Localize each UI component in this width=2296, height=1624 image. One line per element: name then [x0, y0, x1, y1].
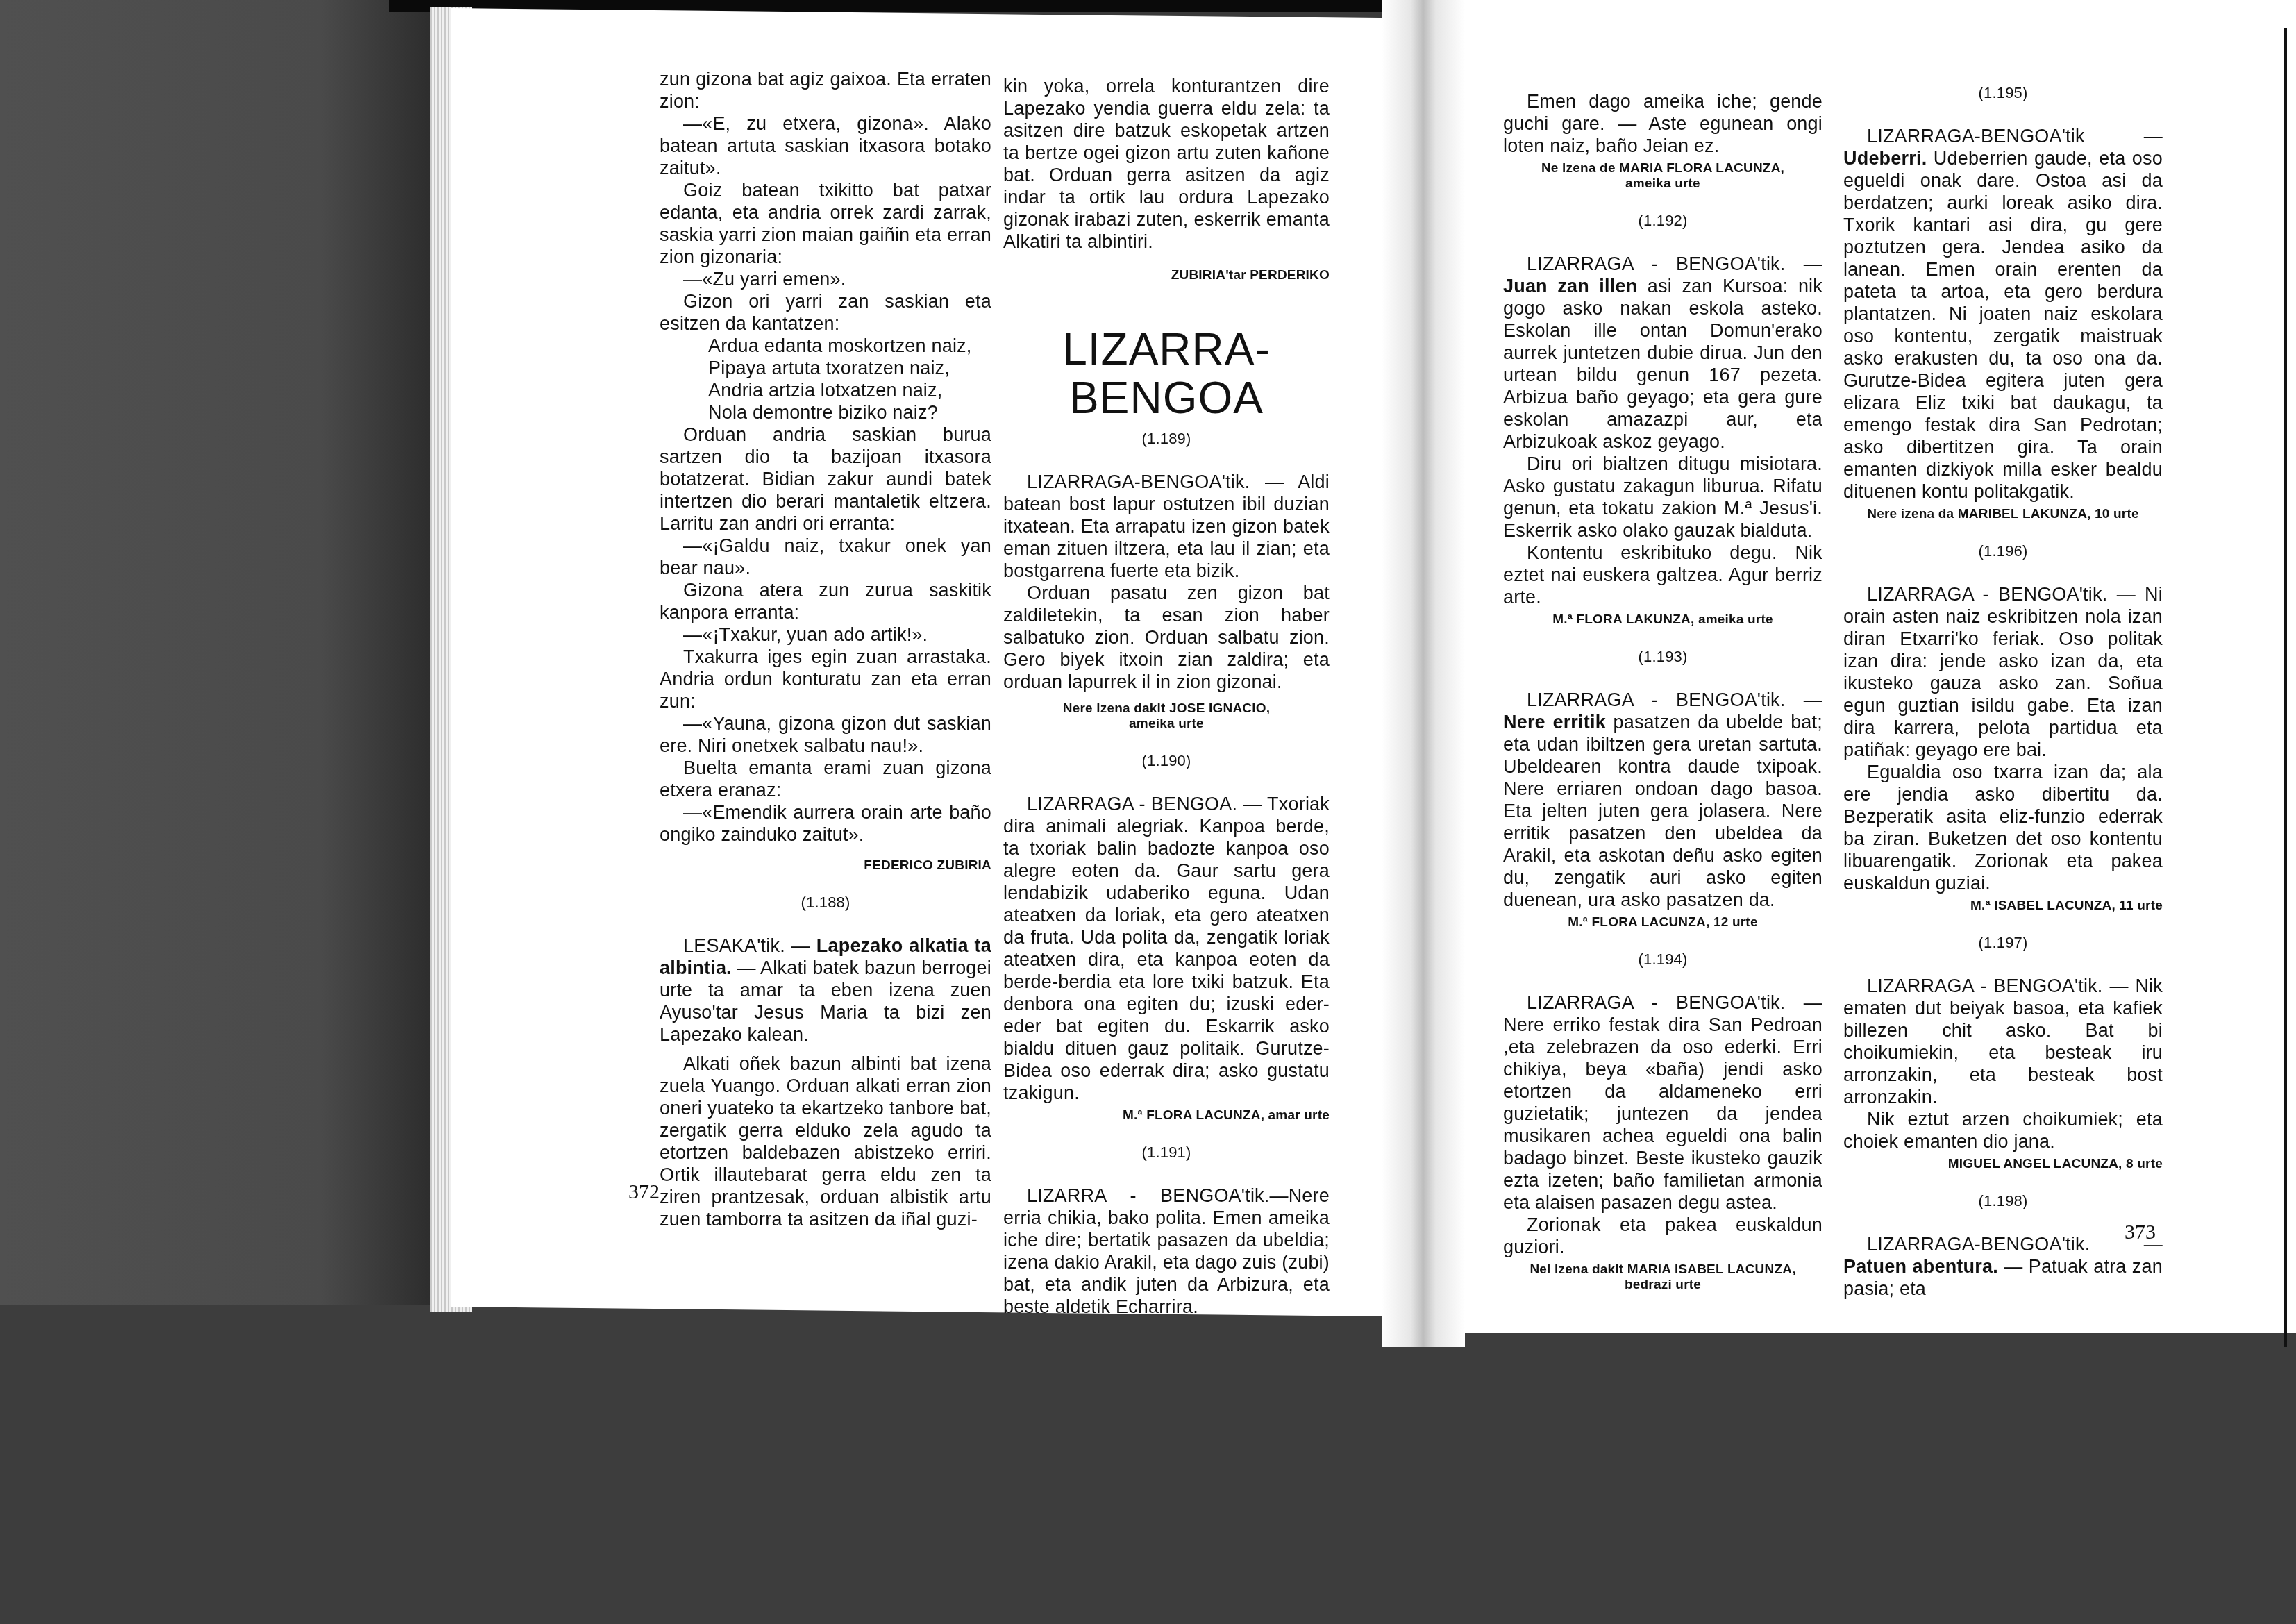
entry-title-bold: Udeberri. — [1843, 148, 1927, 169]
entry-lead: LIZARRAGA-BENGOA'tik — — [1867, 126, 2163, 147]
entry-number: (1.190) — [1003, 750, 1330, 772]
paragraph: Txakurra iges egin zuan arrastaka. Andri… — [660, 646, 991, 712]
paragraph: —«Emendik aurrera orain arte baño ongiko… — [660, 801, 991, 846]
entry-number: (1.191) — [1003, 1141, 1330, 1164]
entry-number: (1.194) — [1503, 948, 1822, 971]
entry-lead: LIZARRAGA - BENGOA'tik. — — [1527, 253, 1822, 274]
author-signature: M.ª ISABEL LACUNZA, 11 urte — [1843, 898, 2163, 914]
paragraph: Buelta emanta erami zuan gizona etxera e… — [660, 757, 991, 801]
right-page-column-3: Emen dago ameika iche; gende guchi gare.… — [1503, 90, 1822, 1293]
paragraph: —«¡Txakur, yuan ado artik!». — [660, 623, 991, 646]
paragraph: LIZARRAGA - BENGOA'tik. — Nere erritik p… — [1503, 689, 1822, 911]
author-signature: Nere izena da MARIBEL LAKUNZA, 10 urte — [1843, 507, 2163, 522]
paragraph: zun gizona bat agiz gaixoa. Eta erraten … — [660, 68, 991, 112]
paragraph: LIZARRA - BENGOA'tik.—Nere erria chikia,… — [1003, 1184, 1330, 1318]
paragraph: LESAKA'tik. — Lapezako alkatia ta albint… — [660, 935, 991, 1046]
paragraph: Orduan andria saskian burua sartzen dio … — [660, 424, 991, 535]
right-page-column-4: (1.195) LIZARRAGA-BENGOA'tik — Udeberri.… — [1843, 82, 2163, 1300]
entry-lead: LIZARRAGA-BENGOA'tik. — — [1867, 1234, 2163, 1255]
paragraph: Goiz batean txikitto bat patxar edanta, … — [660, 179, 991, 268]
background-left — [0, 0, 458, 1305]
entry-number: (1.196) — [1843, 540, 2163, 562]
paragraph: Kontentu eskribituko degu. Nik eztet nai… — [1503, 542, 1822, 608]
entry-text: Udeberrien gaude, eta oso egueldi onak d… — [1843, 148, 2163, 502]
author-signature: M.ª FLORA LACUNZA, amar urte — [1003, 1108, 1330, 1123]
entry-number: (1.192) — [1503, 210, 1822, 232]
paragraph: Zorionak eta pakea euskaldun guziori. — [1503, 1214, 1822, 1258]
paragraph: LIZARRAGA-BENGOA'tik — Udeberri. Udeberr… — [1843, 125, 2163, 503]
author-signature: FEDERICO ZUBIRIA — [660, 858, 991, 873]
author-signature: MIGUEL ANGEL LACUNZA, 8 urte — [1843, 1157, 2163, 1172]
verse-line: Nola demontre biziko naiz? — [708, 401, 991, 424]
page-number-right: 373 — [2125, 1221, 2156, 1244]
author-signature: M.ª FLORA LACUNZA, 12 urte — [1503, 915, 1822, 930]
entry-number: (1.198) — [1843, 1190, 2163, 1212]
paragraph: —«Zu yarri emen». — [660, 268, 991, 290]
entry-number: (1.193) — [1503, 646, 1822, 668]
paragraph: Gizon ori yarri zan saskian eta esitzen … — [660, 290, 991, 335]
paragraph: —«Yauna, gizona gizon dut saskian ere. N… — [660, 712, 991, 757]
verse-line: Ardua edanta moskortzen naiz, — [708, 335, 991, 357]
entry-lead: LESAKA'tik. — — [683, 935, 816, 956]
paragraph: LIZARRAGA-BENGOA'tik. — Patuen abentura.… — [1843, 1233, 2163, 1300]
right-page-edge — [2284, 28, 2287, 1347]
page-number-left: 372 — [628, 1180, 660, 1204]
section-title: LIZARRA-BENGOA — [1003, 325, 1330, 422]
author-signature: Nere izena dakit JOSE IGNACIO, — [1003, 701, 1330, 717]
paragraph: Gizona atera zun zurua saskitik kanpora … — [660, 579, 991, 623]
entry-title-bold: Juan zan illen — [1503, 276, 1637, 296]
paragraph: kin yoka, orrela konturantzen dire Lapez… — [1003, 75, 1330, 253]
entry-number: (1.197) — [1843, 932, 2163, 954]
paragraph: Diru ori bialtzen ditugu misiotara. Asko… — [1503, 453, 1822, 542]
author-signature-age: ameika urte — [1003, 717, 1330, 732]
entry-title-bold: Nere erritik — [1503, 712, 1606, 733]
paragraph: Orduan pasatu zen gizon bat zaldiletekin… — [1003, 582, 1330, 693]
verse-line: Andria artzia lotxatzen naiz, — [708, 379, 991, 401]
paragraph: LIZARRAGA - BENGOA'tik. — Nere erriko fe… — [1503, 991, 1822, 1214]
entry-text: pasatzen da ubelde bat; eta udan ibiltze… — [1503, 712, 1822, 910]
paragraph: LIZARRAGA - BENGOA'tik. — Nik ematen dut… — [1843, 975, 2163, 1108]
left-page-column-1: zun gizona bat agiz gaixoa. Eta erraten … — [660, 68, 991, 1230]
paragraph: LIZARRAGA - BENGOA'tik. — Juan zan illen… — [1503, 253, 1822, 453]
author-signature: M.ª FLORA LAKUNZA, ameika urte — [1503, 612, 1822, 628]
author-signature-age: ameika urte — [1503, 176, 1822, 192]
paragraph: LIZARRAGA - BENGOA'tik. — Ni orain asten… — [1843, 583, 2163, 761]
paragraph: Emen dago ameika iche; gende guchi gare.… — [1503, 90, 1822, 157]
entry-title-bold: Patuen abentura. — [1843, 1256, 1998, 1277]
paragraph: LIZARRAGA-BENGOA'tik. — Aldi batean bost… — [1003, 471, 1330, 582]
entry-number: (1.189) — [1003, 428, 1330, 450]
paragraph: —«E, zu etxera, gizona». Alako batean ar… — [660, 112, 991, 179]
paragraph: Egualdia oso txarra izan da; ala ere jen… — [1843, 761, 2163, 894]
verse-line: Pipaya artuta txoratzen naiz, — [708, 357, 991, 379]
paragraph: Nik eztut arzen choikumiek; eta choiek e… — [1843, 1108, 2163, 1153]
author-signature: Ne izena de MARIA FLORA LACUNZA, — [1503, 161, 1822, 176]
paragraph: LIZARRAGA - BENGOA. — Txoriak dira anima… — [1003, 793, 1330, 1104]
entry-number: (1.188) — [660, 891, 991, 914]
author-signature-age: bedrazi urte — [1503, 1278, 1822, 1293]
book-gutter — [1382, 0, 1465, 1347]
author-signature: Nei izena dakit MARIA ISABEL LACUNZA, — [1503, 1262, 1822, 1278]
entry-lead: LIZARRAGA - BENGOA'tik. — — [1527, 689, 1822, 710]
entry-text: asi zan Kursoa: nik gogo asko nakan esko… — [1503, 276, 1822, 452]
left-page-column-2: kin yoka, orrela konturantzen dire Lapez… — [1003, 75, 1330, 1318]
paragraph: Alkati oñek bazun albinti bat izena zuel… — [660, 1053, 991, 1230]
paragraph: —«¡Galdu naiz, txakur onek yan bear nau»… — [660, 535, 991, 579]
entry-number: (1.195) — [1843, 82, 2163, 104]
author-signature: ZUBIRIA'tar PERDERIKO — [1003, 268, 1330, 283]
background-bottom — [0, 1305, 2296, 1624]
